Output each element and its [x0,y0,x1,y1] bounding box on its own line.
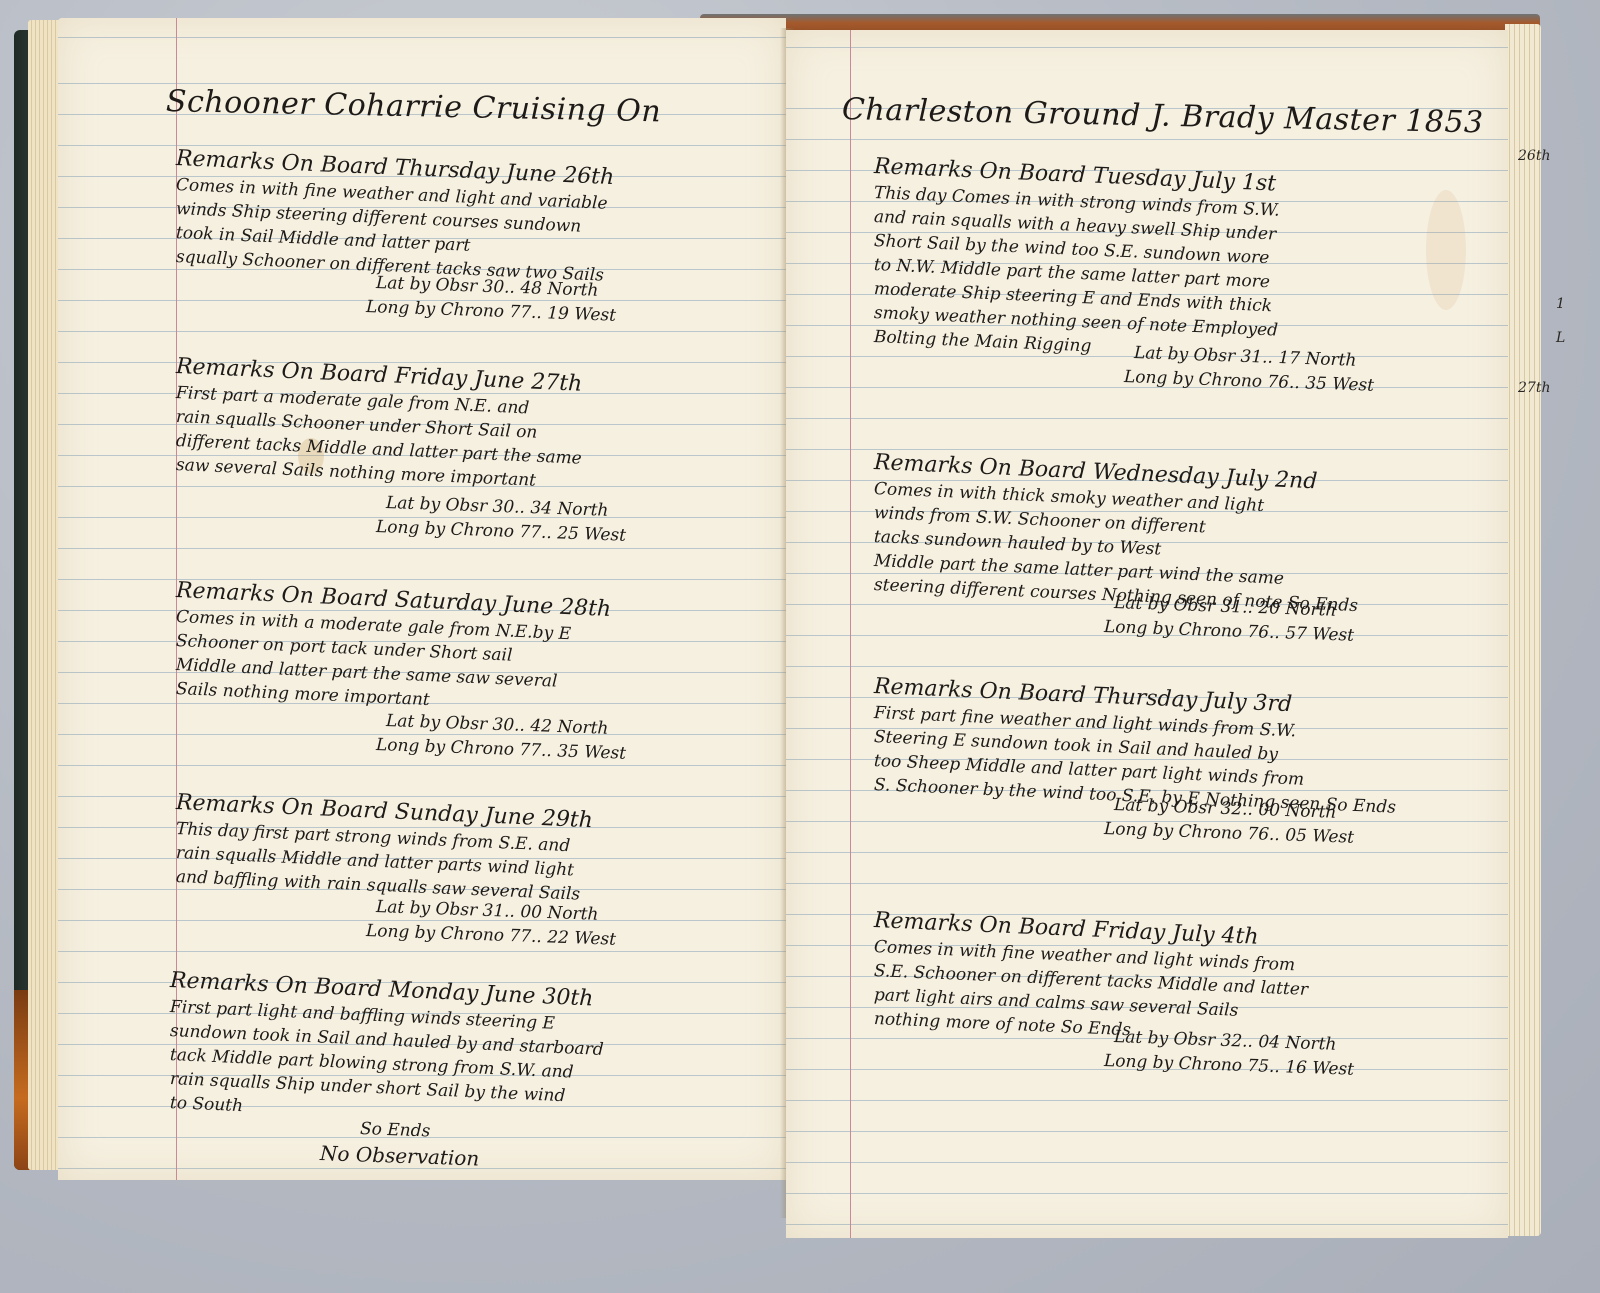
marginalia: 27th [1518,380,1550,396]
log-entry: Remarks On Board Sunday June 29th This d… [176,790,616,943]
margin-line [850,30,851,1238]
left-page: Schooner Coharrie Cruising On Remarks On… [58,18,786,1180]
log-entry: Remarks On Board Friday June 27th First … [176,354,626,539]
log-entry: Remarks On Board Saturday June 28th Come… [176,578,626,757]
page-heading: Charleston Ground J. Brady Master 1853 [842,92,1484,140]
log-entry: Remarks On Board Thursday July 3rd First… [874,674,1396,841]
page-heading: Schooner Coharrie Cruising On [166,84,662,129]
right-page: Charleston Ground J. Brady Master 1853 R… [786,30,1508,1238]
log-entry: Remarks On Board Friday July 4th Comes i… [874,908,1354,1073]
ink-stain [1426,190,1466,310]
page-stack-right [1505,24,1541,1236]
log-entry: Remarks On Board Thursday June 26th Come… [176,146,616,319]
log-entry: Remarks On Board Monday June 30th First … [170,968,604,1165]
marginalia: 26th [1518,148,1550,164]
marginalia: 1 [1556,296,1565,312]
log-entry: Remarks On Board Wednesday July 2nd Come… [874,450,1358,639]
log-entry: Remarks On Board Tuesday July 1st This d… [874,154,1374,389]
marginalia: L [1556,330,1565,346]
